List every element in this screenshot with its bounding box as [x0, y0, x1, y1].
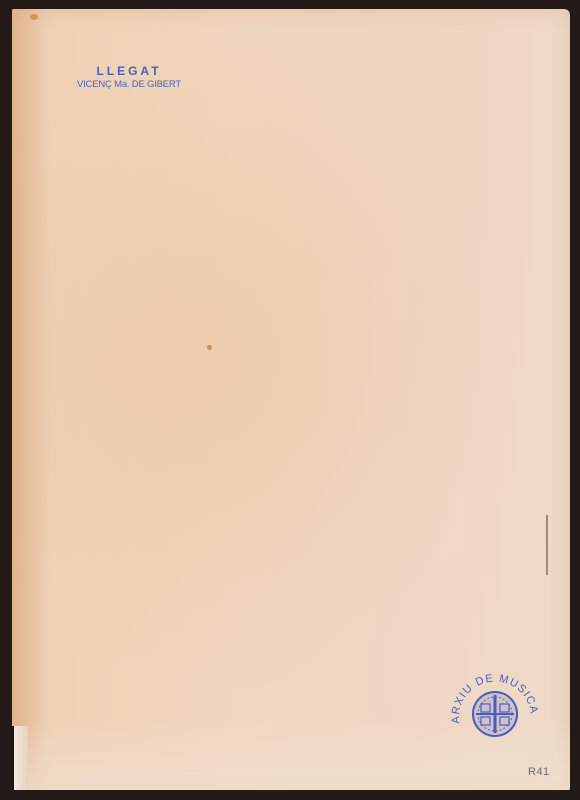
shelf-mark: R41 — [528, 766, 550, 778]
scanned-page: LLEGAT VICENÇ Ma. DE GIBERT ARXIU DE MUS… — [0, 0, 580, 800]
foxing-spot — [30, 14, 38, 20]
folded-corner — [12, 726, 28, 790]
foxing-spot — [207, 345, 212, 350]
seal-emblem-icon: ARXIU DE MUSICA — [448, 664, 540, 744]
llegat-stamp-donor: VICENÇ Ma. DE GIBERT — [74, 79, 184, 90]
pencil-line — [546, 515, 548, 575]
arxiu-de-musica-stamp: ARXIU DE MUSICA — [448, 664, 540, 744]
llegat-stamp-title: LLEGAT — [74, 64, 184, 78]
llegat-stamp: LLEGAT VICENÇ Ma. DE GIBERT — [74, 64, 184, 90]
